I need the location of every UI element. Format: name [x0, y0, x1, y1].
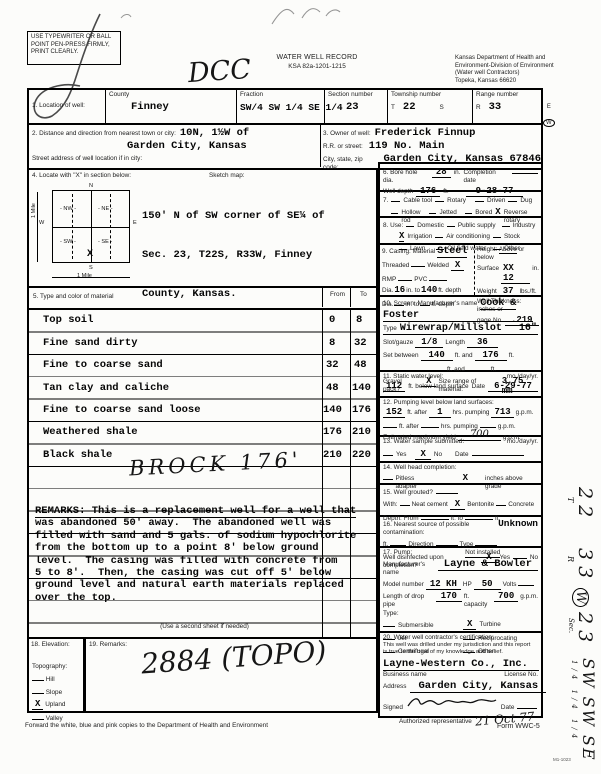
distance-cell: 2. Distance and direction from nearest t… [32, 127, 320, 163]
compass-s: S [89, 265, 93, 271]
form-number: Form WWC-5 [497, 723, 540, 732]
reverse-rotary-x: X [495, 207, 500, 218]
material-from: 176 [323, 426, 342, 438]
township-value: 22 [403, 101, 416, 113]
material-name: Fine to coarse sand loose [43, 404, 201, 416]
use-industry: Industry [513, 222, 536, 230]
form-title: WATER WELL RECORD [257, 54, 377, 63]
date-label: Date [472, 383, 486, 391]
margin-section-label: Sec. [567, 618, 575, 633]
material-to: 176 [352, 404, 371, 416]
box10-screen: 10. Screen: Manufacturer's name Cook & F… [378, 297, 543, 372]
pump-gpm-label: g.p.m. [520, 593, 538, 601]
material-to: 220 [352, 449, 371, 461]
ft-label2: ft. [509, 352, 514, 360]
township-label: Township number [391, 91, 472, 99]
margin-range-w-circled: W [572, 588, 589, 607]
mile-scale-bottom: 1 Mile [77, 273, 92, 279]
mdy13-label: mo./day/yr. [507, 438, 538, 446]
with-label: With: [383, 501, 398, 509]
grouted-label: 15. Well grouted? [383, 489, 433, 497]
use-stock: Stock [504, 233, 520, 241]
hrs-pumping-label: hrs. pumping [453, 409, 490, 417]
hp-value: 50 [474, 579, 501, 590]
handwritten-initials: DCC [187, 54, 252, 89]
topo-upland-x: X [32, 699, 43, 710]
print-code: M1-1023 [553, 757, 571, 762]
gpm-label: g.p.m. [516, 409, 534, 417]
driven-label: Driven [487, 197, 505, 205]
fraction-label: Fraction [240, 91, 324, 99]
casing-label: 9. Casing: Material [382, 248, 435, 256]
in-to-label: in. to [406, 287, 420, 295]
concrete-label: Concrete [508, 501, 534, 509]
casing-material: Steel [437, 246, 467, 258]
set-from: 140 [421, 350, 453, 361]
section-cell: Section number 23 [326, 90, 390, 114]
material-from: 48 [326, 382, 339, 394]
in-label: in. [454, 169, 461, 177]
use-public: Public supply [458, 222, 496, 230]
street-address-label: Street address of well location if in ci… [32, 155, 320, 163]
pump-mfr-label: Manufacturer's name [383, 561, 436, 577]
model-value: 12 KH [426, 579, 461, 590]
drop-pipe-value: 170 [436, 591, 462, 602]
pencil-scribble [268, 2, 343, 28]
box4-locate: 4. Locate with "X" in section below: Ske… [27, 170, 378, 288]
turbine-x: X [463, 619, 476, 630]
screen-type: Wirewrap/Millslot [400, 323, 502, 334]
box15-grouted: 15. Well grouted? With: Neat cement X Be… [378, 485, 543, 517]
remarks-line: ground level and natural earth materials… [35, 579, 356, 591]
sample-yes-label: Yes [396, 451, 406, 459]
topography-label: Topography: [32, 663, 67, 671]
screen-size: 16" [519, 323, 537, 334]
material-to: 210 [352, 426, 371, 438]
material-to: 32 [354, 337, 367, 349]
compass-w: W [39, 220, 44, 226]
remarks-line: level. The casing was filled with concre… [35, 555, 356, 567]
rotary-label: Rotary [447, 197, 466, 205]
topo-upland: Upland [45, 701, 65, 708]
address-value: Garden City, Kansas [410, 680, 546, 693]
water-sample-label: 13. Water sample submitted: [383, 438, 464, 446]
below-land-label: ft. below land surface [408, 383, 468, 391]
set-to: 176 [475, 350, 507, 361]
screen-mfr2: Foster [383, 310, 533, 322]
authorized-rep-label: Authorized representative [399, 718, 472, 726]
row1-location: 1. Location of well: County Finney Fract… [27, 88, 543, 125]
use-irrigation: Irrigation [407, 233, 432, 241]
agency-block: Kansas Department of Health and Environm… [455, 55, 585, 85]
agency-line: Kansas Department of Health and [455, 55, 585, 63]
box8-use: 8. Use: Domestic Public supply Industry … [378, 218, 543, 245]
use-air: Air conditioning [446, 233, 490, 241]
margin-township-value: 2 2 [574, 487, 596, 517]
form-statute: KSA 82a-1201-1215 [257, 63, 377, 71]
dia-value: 16 [394, 285, 405, 296]
margin-quarters-value: SW SW SE [579, 658, 598, 762]
distance-value1: 10N, 1½W of [180, 127, 249, 139]
pumping-gpm: 713 [491, 407, 513, 418]
form-title-block: WATER WELL RECORD KSA 82a-1201-1215 [257, 54, 377, 71]
agency-line: Topeka, Kansas 66620 [455, 78, 585, 86]
borehole-dia: 28 [432, 167, 451, 178]
well-x-mark: X [87, 249, 93, 260]
box16-contamination: 16. Nearest source of possible contamina… [378, 517, 543, 548]
range-label: Range number [476, 91, 544, 99]
location-label: 1. Location of well: [32, 102, 104, 110]
material-name: Weathered shale [43, 426, 138, 438]
material-from: 210 [323, 449, 342, 461]
box7-drill-method: 7. Cable tool Rotary Driven Dug Hollow r… [378, 192, 543, 218]
neat-cement-label: Neat cement [412, 501, 448, 509]
certification-label: 20. Water well contractor's certificatio… [383, 634, 538, 642]
b7-number: 7. [383, 197, 388, 205]
pumping-ft: 152 [383, 407, 405, 418]
remarks-line: over the top. [35, 592, 356, 604]
pump-mfr: Layne & Bowler [438, 558, 538, 571]
material-name: Fine sand dirty [43, 337, 138, 349]
surface-value: XX 12 [501, 263, 530, 284]
capacity-value: 700 [494, 591, 518, 602]
length-value: 36 [467, 337, 498, 348]
material-from: 8 [329, 337, 335, 349]
box19-remarks: 19. Remarks: 2884 (TOPO) [85, 637, 378, 713]
pumping-level-label: 12. Pumping level below land surfaces: [383, 399, 538, 407]
box18-elevation: 18. Elevation: Topography: Hill Slope X … [27, 637, 85, 713]
bentonite-label: Bentonite [467, 501, 494, 509]
materials-table-body: Top soil 0 8 Fine sand dirty 8 32 Fine t… [27, 310, 378, 637]
sketch-line: 150' N of SW corner of SE¼ of [142, 210, 325, 223]
margin-quarters-fractions: 1/4 1/4 1/4 [570, 660, 578, 742]
box20-certification: 20. Water well contractor's certificatio… [378, 633, 543, 718]
quad-sw: - SW - [60, 239, 76, 245]
dia-label: Dia. [382, 287, 393, 295]
locate-label: 4. Locate with "X" in section below: [32, 172, 131, 180]
section-value: 23 [346, 101, 388, 113]
distance-value2: Garden City, Kansas [127, 140, 320, 152]
screen-type-label: Type [383, 325, 397, 333]
ft-after2-label: ft. after [399, 423, 419, 431]
topo-hill: Hill [46, 676, 55, 683]
certification-text1: This well was drilled under my jurisdict… [383, 642, 538, 649]
elevation-label: 18. Elevation: [29, 639, 83, 651]
sample-no-label: No [434, 451, 442, 459]
ft-and-label: ft. and [455, 352, 473, 360]
township-t: T [391, 104, 395, 112]
surface-in: in. [532, 265, 539, 273]
slot-value: 1/8 [415, 337, 443, 348]
box9-casing: 9. Casing: Material Steel Threaded Welde… [378, 245, 543, 297]
material-to: 8 [356, 314, 362, 326]
completion-date-label: Completion date [463, 169, 509, 185]
sample-date-label: Date [455, 451, 469, 459]
margin-township-t: T [566, 497, 575, 502]
county-label: County [109, 91, 237, 99]
range-r: R [476, 104, 481, 112]
jetted-label: Jetted [439, 209, 456, 217]
volts-label: Volts [503, 581, 517, 589]
agency-line: (Water well Contractors) [455, 70, 585, 78]
to-header: To [360, 291, 367, 299]
material-name: Top soil [43, 314, 93, 326]
box12-pumping-level: 12. Pumping level below land surfaces: 1… [378, 398, 543, 437]
material-from: 32 [326, 359, 339, 371]
contamination-value: Unknown [498, 518, 538, 529]
address-label: Address [383, 683, 406, 691]
material-from: 0 [329, 314, 335, 326]
weight-value: 37 [499, 286, 518, 297]
range-cell: Range number R 33 [474, 90, 546, 114]
handwritten-bedrock-note: BROCK 176' [128, 447, 302, 480]
contamination-label: 16. Nearest source of possible contamina… [383, 521, 496, 537]
height-label: Height: [477, 246, 497, 253]
business-name-label: Business name [383, 671, 427, 679]
box14-wellhead: 14. Well head completion: Pitless adapte… [378, 463, 543, 485]
township-cell: Township number T 22 S [389, 90, 474, 114]
signature [406, 695, 498, 709]
margin-range-r: R [566, 556, 575, 562]
certification-text2: is true to the best of my knowledge and … [383, 649, 538, 656]
water-well-record-form: USE TYPEWRITER OR BALL POINT PEN-PRESS F… [0, 0, 601, 774]
box17-pump: 17. Pump: Not installed Manufacturer's n… [378, 548, 543, 633]
depth-value: 140 [421, 285, 437, 296]
range-ew-cell: E W [543, 96, 555, 128]
materials-label: 5. Type and color of material [33, 293, 114, 301]
set-between-label: Set between [383, 352, 419, 360]
margin-range-value: 3 3 [574, 548, 596, 578]
pump-not-installed: Not installed [465, 549, 500, 558]
range-value: 33 [489, 101, 502, 113]
length-label: Length [445, 339, 465, 347]
footer-copies-note: Forward the white, blue and pink copies … [25, 722, 268, 730]
height-above: Above [499, 246, 517, 254]
model-label: Model number [383, 581, 424, 589]
range-w-circled: W [543, 119, 555, 127]
township-s: S [440, 104, 444, 112]
remarks-paragraph: REMARKS: This is a replacement well for … [35, 505, 356, 604]
fraction-value: SW/4 SW 1/4 SE 1/4 [240, 102, 324, 113]
surface-label: Surface [477, 265, 499, 273]
material-from: 140 [323, 404, 342, 416]
lbs-label: lbs./ft. [520, 288, 537, 296]
ft-after-label: ft. after [407, 409, 427, 417]
submersible-label: Submersible [398, 622, 434, 630]
agency-line: Environment-Division of Environment [455, 63, 585, 71]
range-e: E [547, 104, 551, 110]
use-label: 8. Use: [383, 222, 403, 230]
topo-slope: Slope [46, 689, 62, 696]
remarks-heading-line: REMARKS: This is a replacement well for … [35, 505, 356, 518]
owner-rr: 119 No. Main [369, 140, 445, 152]
drop-pipe-label: Length of drop pipe [383, 593, 434, 609]
second-sheet-note: (Use a second sheet if needed) [29, 623, 380, 631]
turbine-label: Turbine [479, 621, 500, 629]
use-irrigation-x: X [399, 231, 404, 242]
sample-no-x: X [415, 449, 430, 460]
material-name: Tan clay and caliche [43, 382, 169, 394]
remarks-line: was abandoned 50' away. The abandoned we… [35, 517, 356, 529]
screen-label: 10. Screen: Manufacturer's name [383, 300, 477, 308]
dug-label: Dug [520, 197, 532, 205]
section-label: Section number [328, 91, 388, 99]
wellhead-label: 14. Well head completion: [383, 464, 538, 472]
quad-ne: - NE - [98, 206, 113, 212]
bentonite-x: X [450, 499, 465, 510]
slot-label: Slot/gauze [383, 339, 413, 347]
screen-mfr: Cook & [480, 298, 516, 310]
pump-type-label: Type: [383, 610, 538, 618]
business-name-value: Layne-Western Co., Inc. [383, 658, 539, 671]
welded-x: X [451, 260, 464, 271]
county-value: Finney [131, 101, 237, 113]
compass-n: N [89, 183, 93, 189]
static-level-label: 11. Static water level: [383, 373, 443, 381]
bored-label: Bored [475, 209, 492, 217]
distance-label: 2. Distance and direction from nearest t… [32, 130, 176, 138]
remarks-line: filled with sand and 5 gals. of sodium h… [35, 530, 356, 542]
box6-borehole: 6. Bore hole dia. 28 in. Completion date… [378, 162, 543, 192]
ft-depth-label: ft. depth [438, 287, 461, 295]
weight-label: Weight [477, 288, 497, 296]
compass-e: E [133, 220, 137, 226]
license-label: License No. [504, 671, 538, 679]
static-level-value: 112 [383, 381, 405, 392]
hp-label: HP [463, 581, 472, 589]
pvc-label: PVC [414, 276, 427, 284]
borehole-label: 6. Bore hole dia. [383, 169, 429, 185]
material-name: Fine to coarse sand [43, 359, 163, 371]
welded-label: Welded [427, 262, 449, 270]
material-to: 48 [354, 359, 367, 371]
threaded-label: Threaded [382, 262, 409, 270]
materials-header: 5. Type and color of material From To [27, 288, 378, 310]
owner-rr-label: R.R. or street: [323, 143, 363, 151]
owner-label: 3. Owner of well: [323, 130, 371, 138]
from-header: From [330, 291, 345, 299]
box13-water-sample: 13. Water sample submitted: mo./day/yr. … [378, 437, 543, 463]
sketch-map-label: Sketch map: [209, 172, 245, 180]
capacity-label: ft. capacity [464, 593, 492, 609]
mdy-label: mo./day/yr. [507, 373, 538, 381]
cable-tool-label: Cable tool [403, 197, 432, 205]
wellhead-x: X [449, 473, 482, 484]
static-date: 6-29-77 [488, 381, 538, 392]
pump-label: 17. Pump: [383, 549, 412, 557]
rmp-label: RMP [382, 276, 396, 284]
material-name: Black shale [43, 449, 112, 461]
remarks-line: from the bottom up to a point 8' below g… [35, 542, 356, 554]
sketch-line: Sec. 23, T22S, R33W, Finney [142, 249, 325, 262]
pumping-hrs: 1 [429, 407, 450, 418]
owner-name: Frederick Finnup [375, 127, 476, 139]
section-grid: - NW - - NE - - SW - - SE - X [52, 190, 130, 263]
topography-block: Topography: Hill Slope X Upland Valley [32, 663, 67, 723]
box11-static-level: 11. Static water level: mo./day/yr. 112 … [378, 372, 543, 398]
signed-label: Signed [383, 704, 403, 712]
margin-section-value: 2 3 [574, 612, 596, 642]
county-cell: County Finney [107, 90, 239, 114]
use-domestic: Domestic [417, 222, 444, 230]
remarks-line: 5 to 8'. Then, the casing was cut off 5'… [35, 567, 356, 579]
material-to: 140 [352, 382, 371, 394]
quad-se: - SE - [98, 239, 112, 245]
fraction-cell: Fraction SW/4 SW 1/4 SE 1/4 [238, 90, 326, 114]
quad-nw: - NW - [60, 206, 76, 212]
